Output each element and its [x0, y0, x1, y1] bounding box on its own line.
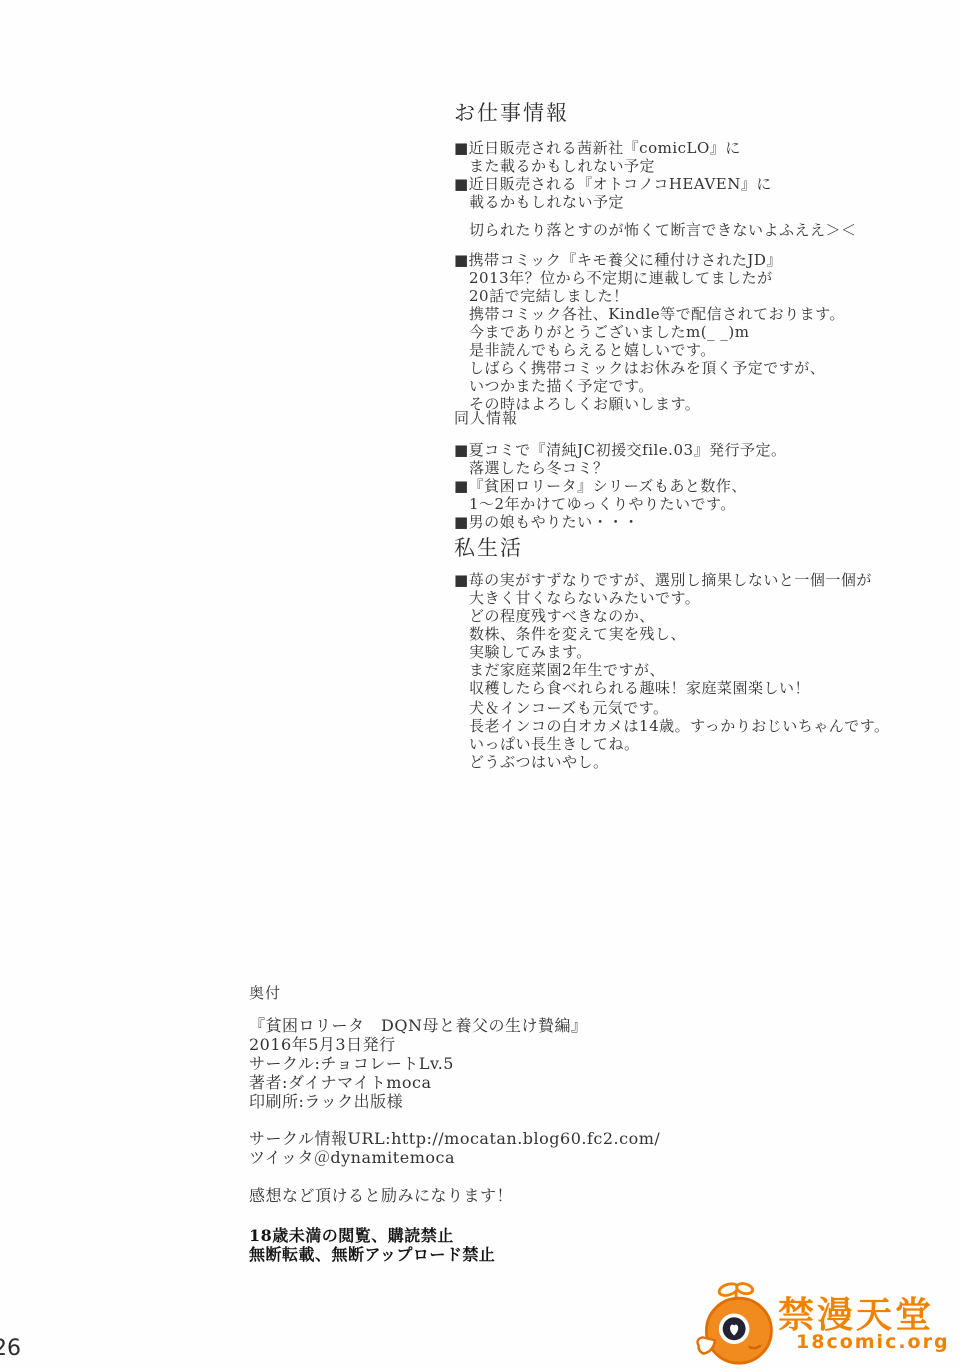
text-line: サークル情報URL:http://mocatan.blog60.fc2.com/ [249, 1129, 660, 1148]
section-heading-work-info: お仕事情報 [454, 97, 569, 127]
text-line: 是非読んでもらえると嬉しいです。 [454, 341, 845, 359]
section-heading-doujin-info: 同人情報 [454, 407, 518, 428]
text-line: また載るかもしれない予定 [454, 157, 772, 175]
text-line: 1〜2年かけてゆっくりやりたいです。 [454, 495, 787, 513]
text-line: ■携帯コミック『キモ養父に種付けされたJD』 [454, 251, 845, 269]
work-info-mobile-comic-lines: ■携帯コミック『キモ養父に種付けされたJD』2013年？位から不定期に連載してま… [454, 251, 845, 413]
text-line: 印刷所:ラック出版様 [249, 1092, 587, 1111]
text-line: 著者:ダイナマイトmoca [249, 1073, 587, 1092]
text-line: しばらく携帯コミックはお休みを頂く予定ですが、 [454, 359, 845, 377]
text-line: 2016年5月3日発行 [249, 1035, 587, 1054]
text-line: 感想など頂けると励みになります！ [249, 1186, 513, 1205]
section-heading-colophon: 奥付 [249, 982, 281, 1003]
text-line: ツイッタ＠dynamitemoca [249, 1148, 660, 1167]
site-watermark: 禁漫天堂 18comic.org [692, 1281, 960, 1369]
text-line: いっぱい長生きしてね。 [454, 735, 890, 753]
text-line: 2013年？位から不定期に連載してましたが [454, 269, 845, 287]
private-life-garden-lines: ■苺の実がすずなりですが、選別し摘果しないと一個一個が大きく甘くならないみたいで… [454, 571, 872, 697]
text-line: 大きく甘くならないみたいです。 [454, 589, 872, 607]
work-info-upcoming-lines: ■近日販売される茜新社『comicLO』にまた載るかもしれない予定■近日販売され… [454, 139, 772, 211]
text-line: まだ家庭菜園2年生ですが、 [454, 661, 872, 679]
text-line: 長老インコの白オカメは14歳。すっかりおじいちゃんです。 [454, 717, 890, 735]
work-info-worry-line: 切られたり落とすのが怖くて断言できないよふええ＞＜ [454, 221, 857, 239]
colophon-publication-lines: 『貧困ロリータ DQN母と養父の生け贄編』2016年5月3日発行サークル:チョコ… [249, 1016, 587, 1111]
text-line: ■近日販売される『オトコノコHEAVEN』に [454, 175, 772, 193]
text-line: 収穫したら食べれられる趣味！家庭菜園楽しい！ [454, 679, 872, 697]
colophon-contact-lines: サークル情報URL:http://mocatan.blog60.fc2.com/… [249, 1129, 660, 1167]
private-life-pets-lines: 犬＆インコーズも元気です。長老インコの白オカメは14歳。すっかりおじいちゃんです… [454, 699, 890, 771]
text-line: ■苺の実がすずなりですが、選別し摘果しないと一個一個が [454, 571, 872, 589]
scanned-doujin-afterword-page: お仕事情報 ■近日販売される茜新社『comicLO』にまた載るかもしれない予定■… [0, 0, 960, 1369]
colophon-thanks-line: 感想など頂けると励みになります！ [249, 1186, 513, 1205]
text-line: 数株、条件を変えて実を残し、 [454, 625, 872, 643]
text-line: ■夏コミで『清純JC初援交file.03』発行予定。 [454, 441, 787, 459]
text-line: いつかまた描く予定です。 [454, 377, 845, 395]
text-line: サークル:チョコレートLv.5 [249, 1054, 587, 1073]
colophon-notice-lines: 18歳未満の閲覧、購読禁止無断転載、無断アップロード禁止 [249, 1226, 495, 1264]
text-line: 無断転載、無断アップロード禁止 [249, 1245, 495, 1264]
watermark-site-url: 18comic.org [796, 1331, 950, 1353]
text-line: 犬＆インコーズも元気です。 [454, 699, 890, 717]
text-line: ■近日販売される茜新社『comicLO』に [454, 139, 772, 157]
text-line: どの程度残すべきなのか、 [454, 607, 872, 625]
page-number: 26 [0, 1336, 21, 1361]
section-heading-private-life: 私生活 [454, 532, 523, 562]
text-line: ■男の娘もやりたい・・・ [454, 513, 787, 531]
doujin-info-plans-lines: ■夏コミで『清純JC初援交file.03』発行予定。落選したら冬コミ？■『貧困ロ… [454, 441, 787, 531]
text-line: ■『貧困ロリータ』シリーズもあと数作、 [454, 477, 787, 495]
whale-mascot-icon [694, 1281, 780, 1367]
text-line: 18歳未満の閲覧、購読禁止 [249, 1226, 495, 1245]
text-line: 実験してみます。 [454, 643, 872, 661]
text-line: 載るかもしれない予定 [454, 193, 772, 211]
text-line: 20話で完結しました！ [454, 287, 845, 305]
text-line: どうぶつはいやし。 [454, 753, 890, 771]
text-line: 切られたり落とすのが怖くて断言できないよふええ＞＜ [454, 221, 857, 239]
text-line: 携帯コミック各社、Kindle等で配信されております。 [454, 305, 845, 323]
text-line: 今までありがとうございましたm(_ _)m [454, 323, 845, 341]
text-line: 『貧困ロリータ DQN母と養父の生け贄編』 [249, 1016, 587, 1035]
text-line: 落選したら冬コミ？ [454, 459, 787, 477]
